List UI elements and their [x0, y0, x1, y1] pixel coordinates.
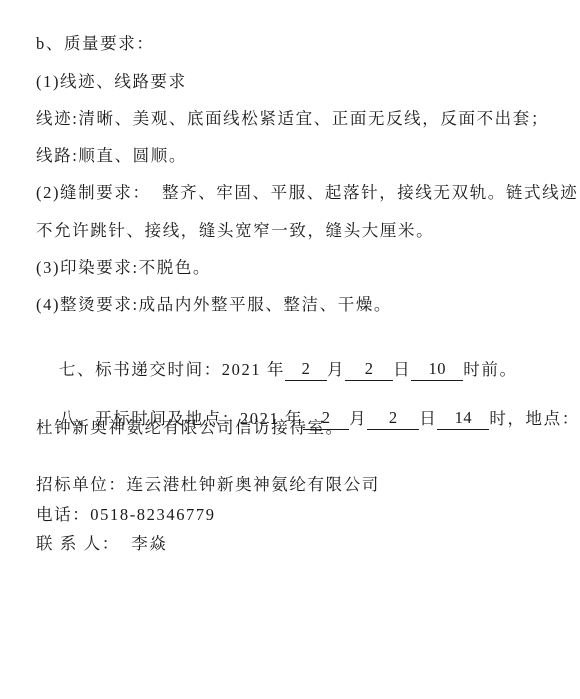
submission-suffix: 时前。: [463, 360, 517, 379]
quality-item1-title: (1)线迹、线路要求: [36, 71, 187, 93]
quality-item1-route: 线路:顺直、圆顺。: [36, 145, 187, 167]
opening-time-line2: 杜钟新奥神氨纶有限公司信访接待室。: [36, 417, 344, 439]
opening-hour-blank: 14: [437, 407, 489, 430]
submission-day-blank: 2: [345, 358, 393, 381]
submission-hour-blank: 10: [411, 358, 463, 381]
quality-item4: (4)整烫要求:成品内外整平服、整洁、干燥。: [36, 294, 392, 316]
submission-month-blank: 2: [285, 358, 327, 381]
submission-time-prefix: 七、标书递交时间：2021 年: [59, 360, 285, 379]
quality-heading: b、质量要求：: [36, 33, 154, 55]
contact-org: 招标单位：连云港杜钟新奥神氨纶有限公司: [36, 474, 380, 496]
contact-phone: 电话：0518-82346779: [36, 504, 216, 526]
opening-month-unit: 月: [349, 409, 367, 428]
quality-item1-stitch: 线迹:清晰、美观、底面线松紧适宜、正面无反线，反面不出套；: [36, 108, 549, 130]
opening-mid: 时，地点：连云港: [489, 409, 580, 428]
quality-item3: (3)印染要求:不脱色。: [36, 257, 211, 279]
quality-item2-line1: (2)缝制要求： 整齐、牢固、平服、起落针，接线无双轨。链式线迹: [36, 182, 578, 204]
opening-day-blank: 2: [367, 407, 419, 430]
document-page: b、质量要求： (1)线迹、线路要求 线迹:清晰、美观、底面线松紧适宜、正面无反…: [0, 0, 580, 699]
contact-person: 联 系 人： 李焱: [36, 533, 168, 555]
submission-day-unit: 日: [393, 360, 411, 379]
quality-item2-line2: 不允许跳针、接线，缝头宽窄一致，缝头大厘米。: [36, 220, 434, 242]
submission-month-unit: 月: [327, 360, 345, 379]
opening-day-unit: 日: [419, 409, 437, 428]
